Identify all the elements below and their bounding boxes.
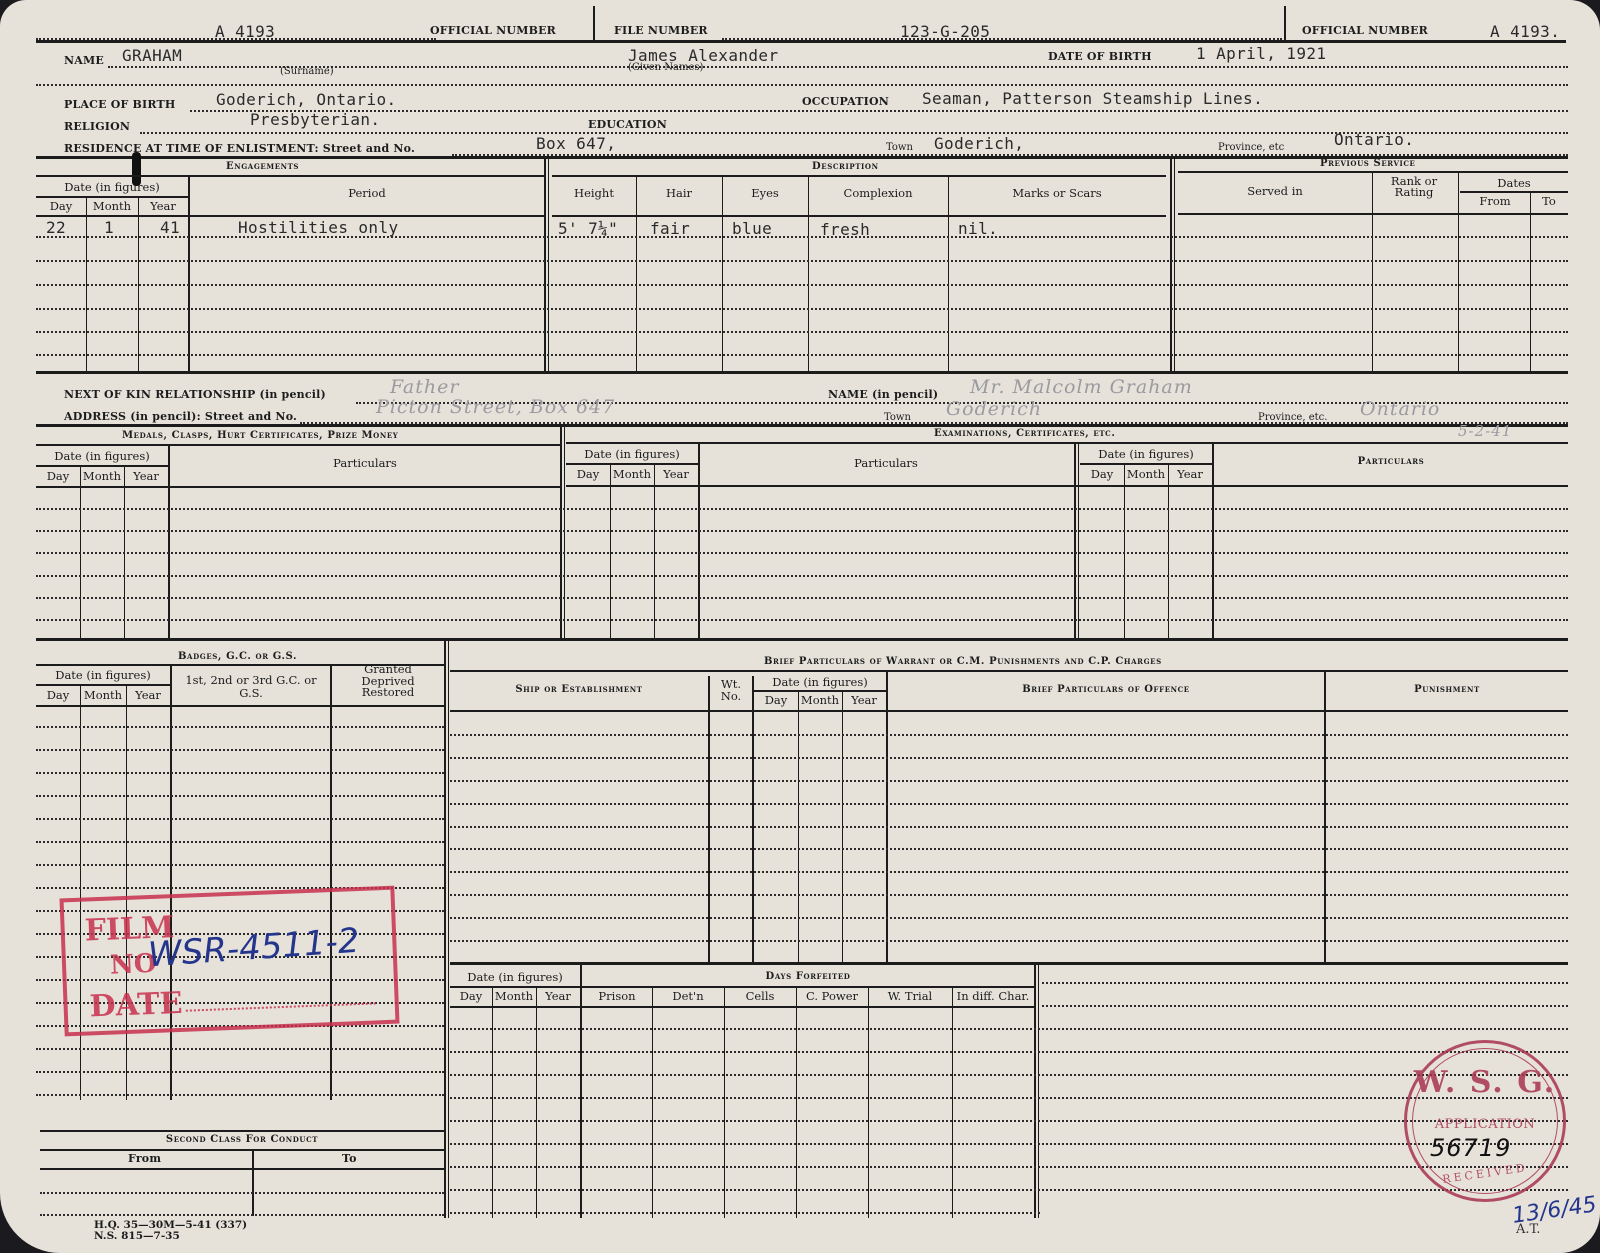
rule: [552, 175, 1166, 177]
col-from: From: [1460, 194, 1530, 208]
nok-town: Goderich: [946, 398, 1042, 420]
row-line: [36, 284, 1568, 286]
col-year: Year: [124, 469, 168, 483]
row-line: [36, 597, 1568, 599]
row-line: [36, 331, 1568, 333]
row-line: [450, 1166, 1568, 1168]
row-line: [450, 757, 1568, 759]
forfeit-date-header: Date (in figures): [450, 970, 580, 984]
rule: [36, 465, 168, 467]
col-dates: Dates: [1460, 176, 1568, 190]
col-divider: [724, 987, 725, 1218]
place-of-birth: Goderich, Ontario.: [216, 90, 397, 109]
occupation: Seaman, Patterson Steamship Lines.: [922, 89, 1263, 108]
row-line: [36, 236, 1568, 238]
days-forfeited-title: Days Forfeited: [582, 971, 1034, 982]
row-line: [36, 864, 444, 866]
rule: [566, 463, 698, 465]
name-label: NAME: [64, 54, 104, 67]
exam-date-header-2: Date (in figures): [1080, 447, 1212, 461]
stamp-dotted-line: [186, 1002, 376, 1011]
row-line: [36, 1094, 444, 1096]
col-month: Month: [610, 467, 654, 481]
col-month-2: Month: [1124, 467, 1168, 481]
row-line: [450, 1097, 1568, 1099]
nok-province: Ontario: [1360, 398, 1440, 420]
col-ship: Ship or Establishment: [450, 684, 708, 695]
row-line: [1042, 1005, 1568, 1007]
col-month: Month: [798, 693, 842, 707]
town: Goderich,: [934, 134, 1024, 153]
col-divider: [444, 640, 446, 1218]
dotted-line: [36, 84, 1568, 86]
rule: [36, 215, 544, 217]
col-divider: [1530, 192, 1531, 371]
row-line: [40, 1192, 444, 1194]
rule: [1080, 463, 1212, 465]
second-class-from: From: [128, 1152, 161, 1165]
col-granted: Granted Deprived Restored: [332, 664, 444, 699]
rule: [36, 486, 560, 488]
rule: [552, 215, 1166, 217]
nok-name: Mr. Malcolm Graham: [970, 376, 1193, 398]
badges-date-header: Date (in figures): [36, 668, 170, 682]
rule: [36, 705, 444, 707]
col-divider: [654, 464, 655, 638]
col-year: Year: [536, 989, 580, 1003]
engagement-year: 41: [160, 218, 180, 237]
row-line: [1042, 982, 1568, 984]
file-number: 123-G-205: [900, 22, 990, 41]
row-line: [450, 871, 1568, 873]
col-divider: [560, 426, 562, 638]
rule: [36, 684, 170, 686]
row-line: [450, 826, 1568, 828]
col-divider: [796, 987, 797, 1218]
row-line: [450, 1143, 1568, 1145]
row-line: [36, 1048, 444, 1050]
col-c-power: C. Power: [796, 989, 868, 1003]
col-particulars: Particulars: [700, 456, 1072, 470]
col-marks: Marks or Scars: [948, 186, 1166, 200]
occupation-label: OCCUPATION: [802, 95, 889, 108]
col-divider: [330, 665, 332, 1100]
col-complexion: Complexion: [808, 186, 948, 200]
rule: [450, 670, 1568, 672]
col-divider: [708, 676, 710, 962]
row-line: [36, 308, 1568, 310]
pencil-date-note: 5-2-41: [1458, 422, 1512, 440]
col-prison: Prison: [582, 989, 652, 1003]
col-divider: [1174, 158, 1175, 371]
col-month: Month: [492, 989, 536, 1003]
nok-relationship-label: NEXT OF KIN RELATIONSHIP (in pencil): [64, 388, 326, 401]
row-line: [450, 803, 1568, 805]
province-label: Province, etc: [1218, 142, 1284, 153]
col-divider: [698, 443, 700, 638]
col-divider: [252, 1150, 254, 1216]
row-line: [450, 1120, 1568, 1122]
col-divider: [722, 176, 723, 371]
col-divider: [1124, 464, 1125, 638]
official-number-right-label: OFFICIAL NUMBER: [1302, 24, 1428, 37]
col-month: Month: [80, 469, 124, 483]
medals-date-header: Date (in figures): [36, 449, 168, 463]
education-label: EDUCATION: [588, 118, 667, 131]
col-divider: [1372, 172, 1373, 371]
col-offence: Brief Particulars of Offence: [888, 684, 1324, 695]
col-divider: [868, 987, 869, 1218]
surname: GRAHAM: [122, 46, 182, 65]
col-month: Month: [86, 199, 138, 213]
dotted-line: [190, 110, 1568, 112]
col-divider: [544, 158, 546, 371]
province: Ontario.: [1334, 130, 1414, 149]
col-divider: [536, 987, 537, 1218]
nok-address: Picton Street, Box 647: [376, 396, 615, 418]
rule: [754, 690, 886, 692]
col-in-diff-char: In diff. Char.: [952, 989, 1034, 1003]
rule: [450, 986, 580, 988]
rule: [566, 442, 1568, 444]
col-divider: [1038, 964, 1039, 1218]
engagement-period: Hostilities only: [238, 218, 399, 237]
nok-town-label: Town: [884, 412, 911, 423]
col-month: Month: [80, 688, 126, 702]
col-divider: [492, 987, 493, 1218]
col-divider: [168, 445, 170, 638]
col-year: Year: [842, 693, 886, 707]
col-particulars-2: Particulars: [1214, 456, 1568, 467]
col-w-trial: W. Trial: [868, 989, 952, 1003]
col-divider: [448, 640, 449, 1218]
rule: [40, 1149, 444, 1151]
col-divider: [1212, 443, 1214, 638]
row-line: [36, 575, 1568, 577]
col-divider: [1168, 464, 1169, 638]
row-line: [36, 530, 1568, 532]
row-line: [450, 848, 1568, 850]
col-day: Day: [36, 688, 80, 702]
rule: [36, 444, 560, 446]
row-line: [450, 917, 1568, 919]
row-line: [36, 552, 1568, 554]
col-divider: [548, 158, 549, 371]
col-period: Period: [190, 186, 544, 200]
official-number-right: A 4193.: [1490, 22, 1560, 41]
col-punishment: Punishment: [1326, 684, 1568, 695]
nok-province-label: Province, etc.: [1258, 412, 1327, 423]
rule: [582, 986, 1034, 988]
file-number-label: FILE NUMBER: [614, 24, 708, 37]
col-rank: Rank or Rating: [1372, 176, 1456, 198]
col-divider: [188, 176, 190, 371]
row-line: [36, 795, 444, 797]
col-particulars: Particulars: [170, 456, 560, 470]
row-line: [450, 1212, 1040, 1214]
row-line: [450, 780, 1568, 782]
row-line: [36, 1071, 444, 1073]
dob-label: DATE OF BIRTH: [1048, 50, 1152, 63]
second-class-title: Second Class For Conduct: [40, 1134, 444, 1145]
rule: [36, 196, 188, 198]
row-line: [450, 1051, 1568, 1053]
col-height: Height: [552, 186, 636, 200]
col-day: Day: [754, 693, 798, 707]
col-divider: [126, 685, 127, 1100]
official-number-label: OFFICIAL NUMBER: [430, 24, 556, 37]
col-day: Day: [36, 199, 86, 213]
row-line: [36, 841, 444, 843]
col-divider: [808, 176, 809, 371]
row-line: [450, 894, 1568, 896]
col-divider: [1034, 964, 1036, 1218]
previous-service-title: Previous Service: [1320, 158, 1415, 169]
col-hair: Hair: [636, 186, 722, 200]
no-label: No.: [708, 690, 754, 702]
wsg-title: W. S. G.: [1407, 1065, 1563, 1100]
col-divider: [636, 176, 637, 371]
wsg-application: APPLICATION: [1407, 1117, 1563, 1132]
punishments-title: Brief Particulars of Warrant or C.M. Pun…: [764, 656, 1162, 667]
rule: [36, 424, 1568, 427]
date-of-birth: 1 April, 1921: [1196, 44, 1326, 63]
rule: [450, 710, 1568, 712]
col-divider: [948, 176, 949, 371]
residence-label: RESIDENCE AT TIME OF ENLISTMENT: Street …: [64, 142, 415, 155]
col-divider: [652, 987, 653, 1218]
col-year-2: Year: [1168, 467, 1212, 481]
date-word: DATE: [89, 986, 183, 1025]
col-wt: Wt. No.: [708, 678, 754, 702]
residence-street: Box 647,: [536, 134, 616, 153]
nok-address-label: ADDRESS (in pencil): Street and No.: [64, 410, 297, 423]
rule: [1460, 191, 1568, 193]
col-divider: [170, 665, 172, 1100]
col-cells: Cells: [724, 989, 796, 1003]
col-eyes: Eyes: [722, 186, 808, 200]
col-day: Day: [450, 989, 492, 1003]
col-detn: Det'n: [652, 989, 724, 1003]
rule: [450, 962, 1568, 965]
divider: [593, 6, 595, 40]
row-line: [36, 260, 1568, 262]
engagement-day: 22: [46, 218, 66, 237]
exam-date-header: Date (in figures): [566, 447, 698, 461]
place-of-birth-label: PLACE OF BIRTH: [64, 98, 176, 111]
col-divider: [1074, 443, 1076, 638]
official-number-left: A 4193: [215, 22, 275, 41]
col-year: Year: [654, 467, 698, 481]
rule: [36, 40, 1566, 43]
row-line: [36, 726, 444, 728]
col-divider: [564, 426, 565, 638]
row-line: [450, 734, 1568, 736]
row-line: [36, 508, 1568, 510]
rule: [566, 485, 1568, 487]
town-label: Town: [886, 142, 913, 153]
col-day: Day: [36, 469, 80, 483]
col-divider: [752, 676, 754, 962]
col-gc: 1st, 2nd or 3rd G.C. or G.S.: [172, 674, 330, 700]
rule: [1178, 171, 1568, 173]
service-record-card: A 4193 OFFICIAL NUMBER FILE NUMBER 123-G…: [0, 0, 1600, 1253]
row-line: [36, 354, 1568, 356]
engagements-date-header: Date (in figures): [36, 180, 188, 194]
wsg-application-number: 56719: [1430, 1134, 1511, 1162]
col-year: Year: [138, 199, 188, 213]
col-divider: [952, 987, 953, 1218]
rule: [40, 1168, 444, 1170]
col-day: Day: [566, 467, 610, 481]
rule: [36, 371, 1568, 374]
rule: [450, 1006, 1034, 1008]
col-divider: [1170, 158, 1172, 371]
initials: A.T.: [1516, 1222, 1540, 1237]
row-line: [36, 619, 1568, 621]
col-served-in: Served in: [1178, 184, 1372, 198]
row-line: [450, 1189, 1568, 1191]
row-line: [36, 772, 444, 774]
rule: [40, 1130, 444, 1132]
rule: [36, 638, 1568, 641]
engagements-title: Engagements: [226, 161, 299, 172]
form-footer: H.Q. 35—30M—5-41 (337) N.S. 815—7-35: [94, 1220, 247, 1242]
col-divider: [1078, 443, 1079, 638]
col-divider: [610, 464, 611, 638]
engagement-month: 1: [104, 218, 114, 237]
footer-line-2: N.S. 815—7-35: [94, 1231, 247, 1242]
row-line: [40, 1214, 444, 1216]
surname-caption: (Surname): [280, 66, 334, 77]
row-line: [450, 1074, 1568, 1076]
punishment-date-header: Date (in figures): [754, 675, 886, 689]
col-divider: [80, 685, 81, 1100]
rule: [1178, 213, 1568, 215]
second-class-to: To: [342, 1152, 357, 1165]
given-names-caption: (Given Names): [628, 62, 703, 73]
rule: [36, 175, 544, 177]
religion-label: RELIGION: [64, 120, 130, 133]
col-divider: [1458, 172, 1459, 371]
col-year: Year: [126, 688, 170, 702]
col-day-2: Day: [1080, 467, 1124, 481]
badges-title: Badges, G.C. or G.S.: [178, 651, 297, 662]
nok-relationship: Father: [390, 376, 459, 398]
description-title: Description: [812, 161, 879, 172]
restored-label: Restored: [332, 687, 444, 699]
examinations-title: Examinations, Certificates, etc.: [934, 428, 1115, 439]
wsg-stamp: W. S. G. APPLICATION RECEIVED: [1404, 1040, 1566, 1202]
row-line: [450, 940, 1568, 942]
divider: [1284, 6, 1286, 40]
col-to: To: [1530, 194, 1568, 208]
religion: Presbyterian.: [250, 110, 380, 129]
nok-name-label: NAME (in pencil): [828, 388, 938, 401]
row-line: [36, 749, 444, 751]
medals-title: Medals, Clasps, Hurt Certificates, Prize…: [122, 430, 398, 441]
row-line: [450, 1028, 1568, 1030]
row-line: [36, 818, 444, 820]
